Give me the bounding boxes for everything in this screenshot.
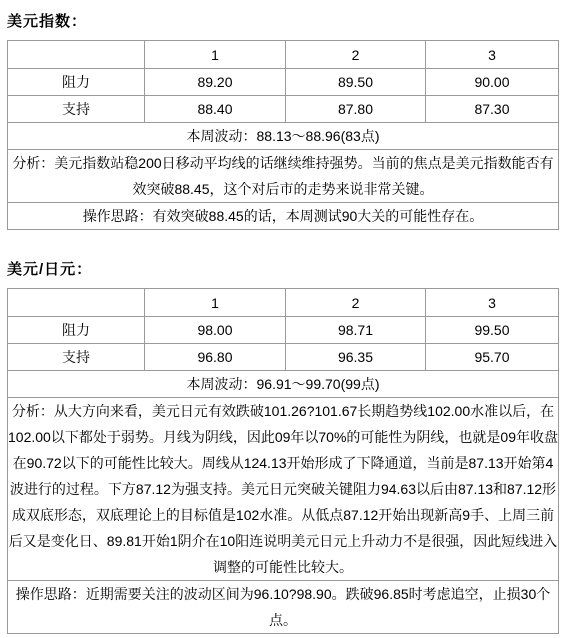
support-value-2: 87.80 <box>286 96 426 123</box>
corner-cell <box>8 41 145 69</box>
usd-jpy-title: 美元/日元： <box>7 258 561 279</box>
row-label-resistance: 阻力 <box>8 69 145 96</box>
resistance-value-2: 89.50 <box>286 69 426 96</box>
col-header-3: 3 <box>426 289 559 317</box>
usd-index-table: 1 2 3 阻力 89.20 89.50 90.00 支持 88.40 87.8… <box>7 40 559 230</box>
week-range-row: 本周波动：96.91～99.70(99点) <box>8 371 559 398</box>
strategy-text: 操作思路：有效突破88.45的话，本周测试90大关的可能性存在。 <box>8 203 559 230</box>
strategy-row: 操作思路：近期需要关注的波动区间为96.10?98.90。跌破96.85时考虑追… <box>8 581 559 634</box>
strategy-row: 操作思路：有效突破88.45的话，本周测试90大关的可能性存在。 <box>8 203 559 230</box>
week-range-row: 本周波动：88.13～88.96(83点) <box>8 123 559 150</box>
col-header-2: 2 <box>286 41 426 69</box>
analysis-text: 分析：美元指数站稳200日移动平均线的话继续维持强势。当前的焦点是美元指数能否有… <box>8 150 559 203</box>
col-header-1: 1 <box>145 41 286 69</box>
support-row: 支持 96.80 96.35 95.70 <box>8 344 559 371</box>
col-header-1: 1 <box>145 289 286 317</box>
resistance-value-2: 98.71 <box>286 317 426 344</box>
resistance-value-1: 89.20 <box>145 69 286 96</box>
col-header-2: 2 <box>286 289 426 317</box>
usd-jpy-table: 1 2 3 阻力 98.00 98.71 99.50 支持 96.80 96.3… <box>7 288 559 634</box>
resistance-value-3: 90.00 <box>426 69 559 96</box>
week-range-text: 本周波动：88.13～88.96(83点) <box>8 123 559 150</box>
support-value-1: 96.80 <box>145 344 286 371</box>
col-header-3: 3 <box>426 41 559 69</box>
resistance-value-3: 99.50 <box>426 317 559 344</box>
support-value-2: 96.35 <box>286 344 426 371</box>
support-value-1: 88.40 <box>145 96 286 123</box>
analysis-text: 分析：从大方向来看，美元日元有效跌破101.26?101.67长期趋势线102.… <box>8 398 559 581</box>
support-value-3: 95.70 <box>426 344 559 371</box>
usd-jpy-header-row: 1 2 3 <box>8 289 559 317</box>
resistance-row: 阻力 89.20 89.50 90.00 <box>8 69 559 96</box>
corner-cell <box>8 289 145 317</box>
row-label-resistance: 阻力 <box>8 317 145 344</box>
analysis-row: 分析：美元指数站稳200日移动平均线的话继续维持强势。当前的焦点是美元指数能否有… <box>8 150 559 203</box>
row-label-support: 支持 <box>8 96 145 123</box>
support-row: 支持 88.40 87.80 87.30 <box>8 96 559 123</box>
resistance-value-1: 98.00 <box>145 317 286 344</box>
row-label-support: 支持 <box>8 344 145 371</box>
analysis-row: 分析：从大方向来看，美元日元有效跌破101.26?101.67长期趋势线102.… <box>8 398 559 581</box>
week-range-text: 本周波动：96.91～99.70(99点) <box>8 371 559 398</box>
support-value-3: 87.30 <box>426 96 559 123</box>
usd-index-header-row: 1 2 3 <box>8 41 559 69</box>
strategy-text: 操作思路：近期需要关注的波动区间为96.10?98.90。跌破96.85时考虑追… <box>8 581 559 634</box>
usd-index-title: 美元指数： <box>7 10 561 31</box>
resistance-row: 阻力 98.00 98.71 99.50 <box>8 317 559 344</box>
